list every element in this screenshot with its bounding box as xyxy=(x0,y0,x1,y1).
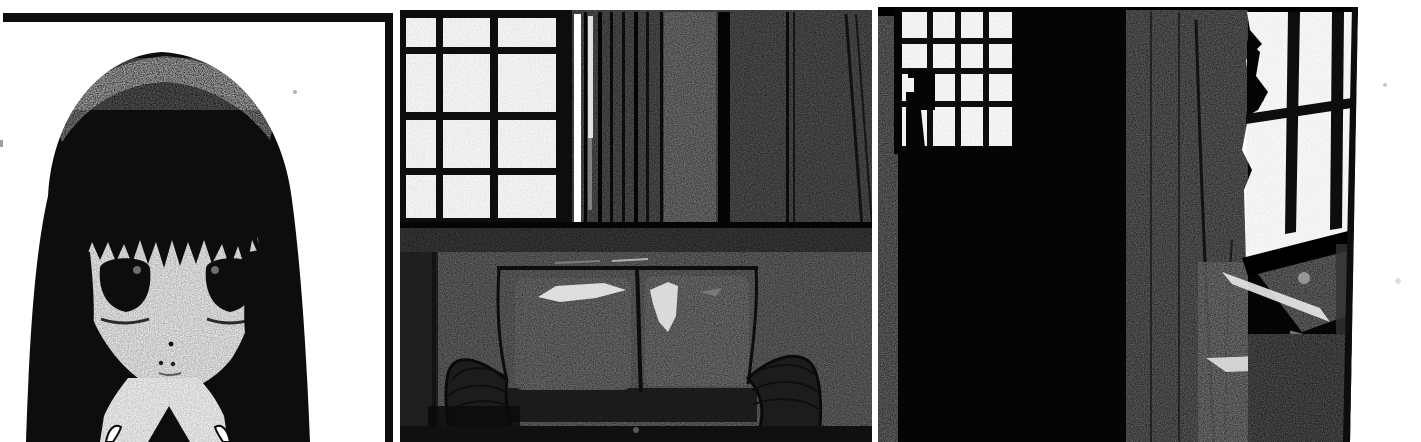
curtain-folds xyxy=(572,10,872,228)
bright-barred-window xyxy=(1242,12,1352,276)
small-barred-window xyxy=(898,8,1016,150)
panel-room-couch xyxy=(400,10,872,442)
window-bar-2 xyxy=(1330,12,1344,230)
manga-page xyxy=(0,0,1421,442)
panel-border-top xyxy=(3,13,392,22)
panel-border-right xyxy=(385,13,393,442)
panel-portrait-girl xyxy=(0,13,393,442)
paned-window xyxy=(400,10,572,232)
panel-dark-room xyxy=(878,7,1360,442)
sofa-seat-shadow xyxy=(505,388,757,422)
curtain-edge-highlight xyxy=(574,14,581,226)
manga-artwork xyxy=(0,0,1421,442)
page-margin-marks xyxy=(1383,83,1401,284)
dark-wall xyxy=(1012,7,1128,442)
heavy-curtain xyxy=(1126,10,1248,442)
window-sill xyxy=(400,222,872,252)
